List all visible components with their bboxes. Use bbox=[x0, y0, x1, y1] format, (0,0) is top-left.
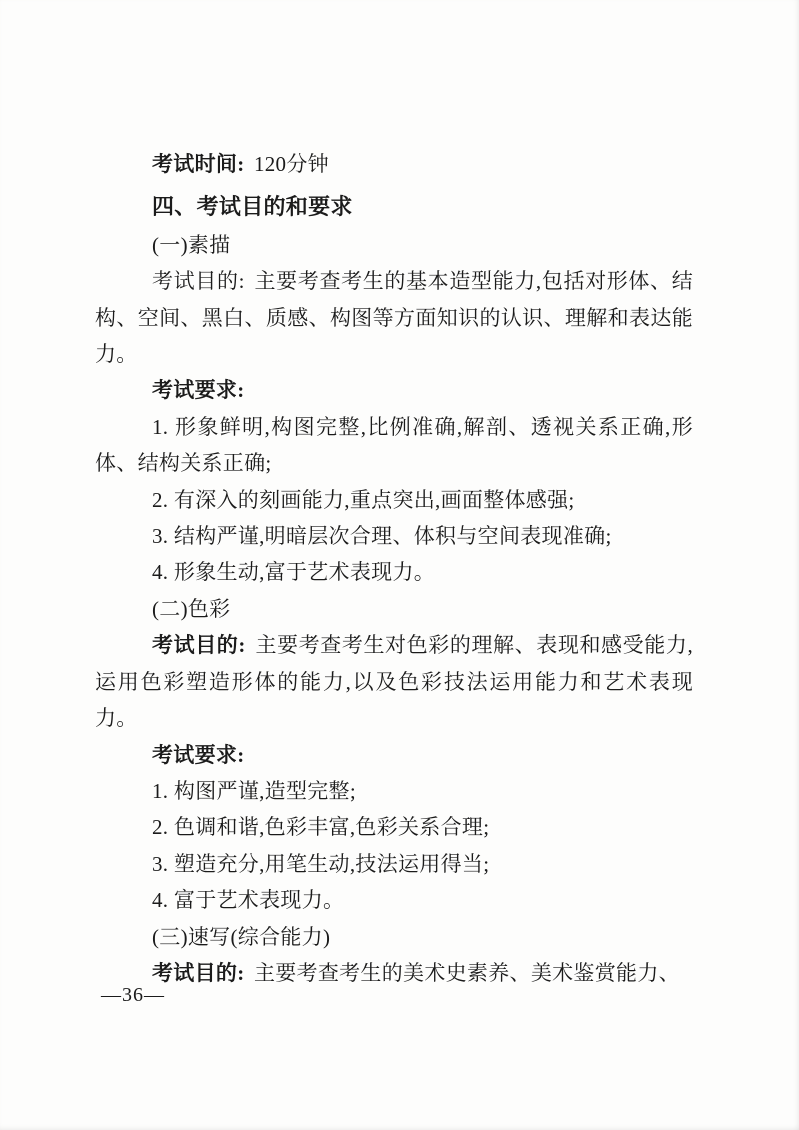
requirements-label-sketch: 考试要求: bbox=[95, 372, 693, 408]
subsection-title-color: (二)色彩 bbox=[95, 591, 693, 627]
exam-duration-value: 120分钟 bbox=[254, 152, 329, 176]
exam-duration-line: 考试时间:120分钟 bbox=[95, 146, 693, 182]
requirement-item: 1. 形象鲜明,构图完整,比例准确,解剖、透视关系正确,形体、结构关系正确; bbox=[95, 409, 693, 482]
exam-duration-label: 考试时间: bbox=[152, 152, 245, 176]
subsection-title-sketch: (一)素描 bbox=[95, 227, 693, 263]
document-body: 考试时间:120分钟 四、考试目的和要求 (一)素描 考试目的:主要考查考生的基… bbox=[95, 146, 693, 991]
purpose-label: 考试目的: bbox=[152, 961, 245, 985]
requirement-item: 2. 有深入的刻画能力,重点突出,画面整体感强; bbox=[95, 482, 693, 518]
requirement-item: 3. 结构严谨,明暗层次合理、体积与空间表现准确; bbox=[95, 518, 693, 554]
purpose-label: 考试目的: bbox=[152, 269, 245, 293]
subsection-title-quick-sketch: (三)速写(综合能力) bbox=[95, 919, 693, 955]
requirement-item: 4. 形象生动,富于艺术表现力。 bbox=[95, 554, 693, 590]
requirement-item: 1. 构图严谨,造型完整; bbox=[95, 773, 693, 809]
purpose-text: 主要考查考生的美术史素养、美术鉴赏能力、 bbox=[254, 961, 680, 985]
purpose-paragraph-quick-sketch: 考试目的:主要考查考生的美术史素养、美术鉴赏能力、 bbox=[95, 955, 693, 991]
page-number: —36— bbox=[101, 984, 165, 1007]
purpose-paragraph-color: 考试目的:主要考查考生对色彩的理解、表现和感受能力,运用色彩塑造形体的能力,以及… bbox=[95, 627, 693, 736]
requirement-item: 3. 塑造充分,用笔生动,技法运用得当; bbox=[95, 846, 693, 882]
purpose-paragraph-sketch: 考试目的:主要考查考生的基本造型能力,包括对形体、结构、空间、黑白、质感、构图等… bbox=[95, 263, 693, 372]
section-heading: 四、考试目的和要求 bbox=[95, 189, 693, 225]
requirement-item: 4. 富于艺术表现力。 bbox=[95, 882, 693, 918]
requirement-item: 2. 色调和谐,色彩丰富,色彩关系合理; bbox=[95, 809, 693, 845]
requirements-label-color: 考试要求: bbox=[95, 737, 693, 773]
document-page: 考试时间:120分钟 四、考试目的和要求 (一)素描 考试目的:主要考查考生的基… bbox=[0, 0, 799, 1130]
purpose-label: 考试目的: bbox=[152, 633, 246, 657]
